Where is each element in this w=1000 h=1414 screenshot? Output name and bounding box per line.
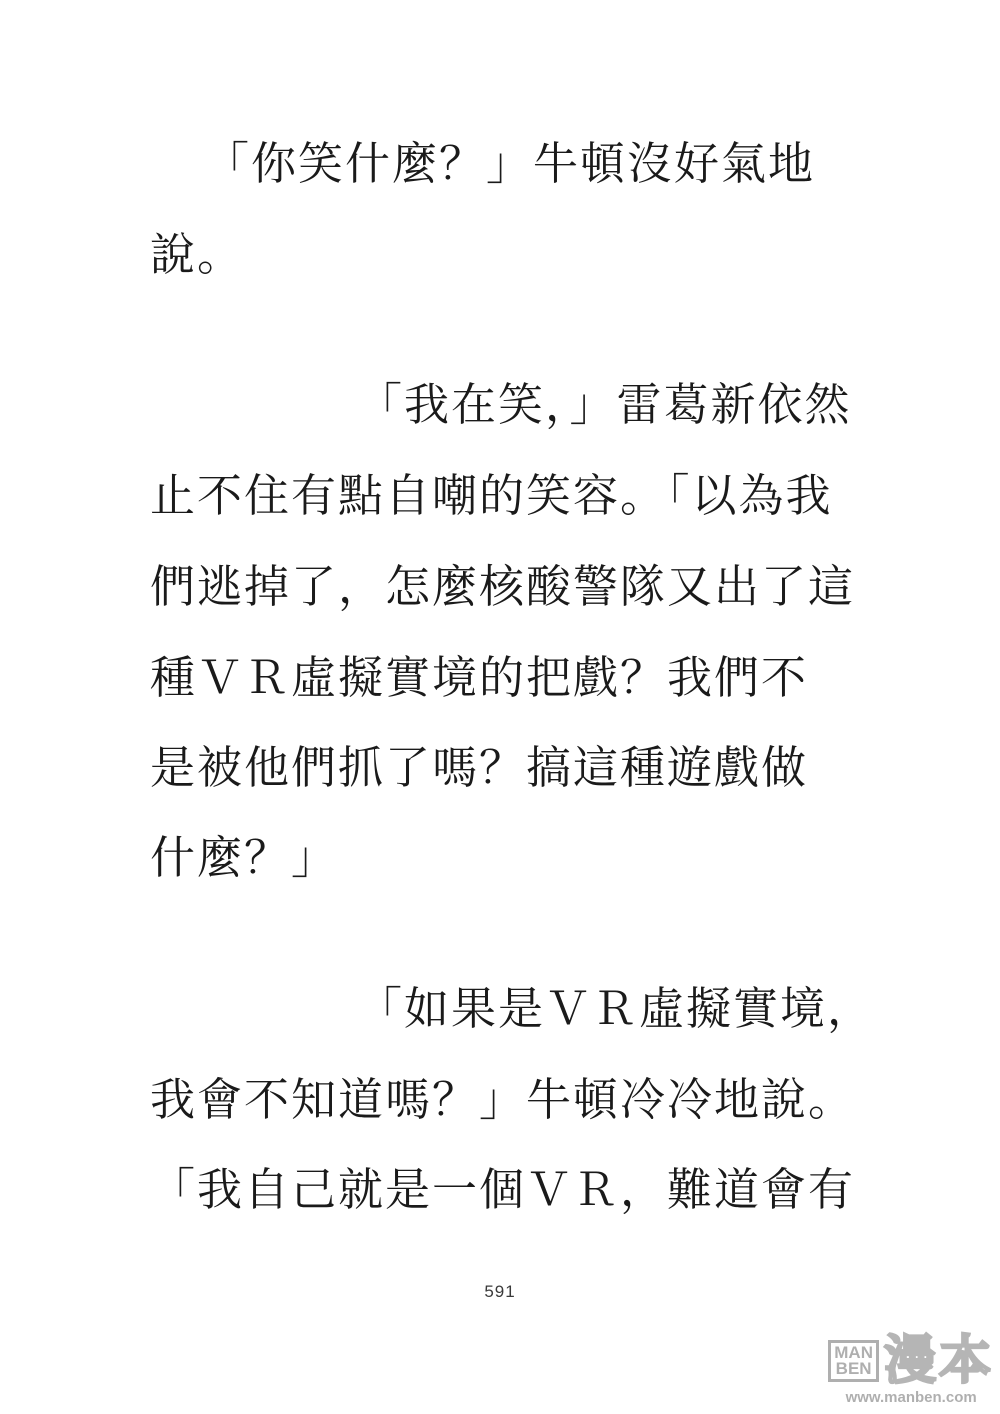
manben-logo-box-icon: MAN BEN — [828, 1340, 879, 1382]
manben-logo-row: MAN BEN 漫本 — [828, 1335, 994, 1387]
text-line: 們逃掉了，怎麼核酸警隊又出了這 — [150, 561, 855, 613]
text-line: 「你笑什麼？」牛頓沒好氣地 — [204, 138, 815, 190]
manben-logo-text: 漫本 — [884, 1335, 994, 1387]
novel-page: 「你笑什麼？」牛頓沒好氣地 說。 「我在笑，」雷葛新依然 止不住有點自嘲的笑容。… — [0, 0, 1000, 1414]
text-line: 我會不知道嗎？」牛頓冷冷地說。 — [150, 1074, 855, 1126]
text-line: 種ＶＲ虛擬實境的把戲？我們不 — [150, 652, 808, 704]
manben-logo-box-line2: BEN — [834, 1361, 873, 1377]
text-line: 什麼？」 — [150, 832, 338, 884]
manben-url: www.manben.com — [828, 1389, 994, 1406]
text-line: 「我在笑，」雷葛新依然 — [357, 379, 852, 431]
text-line: 「我自己就是一個ＶＲ，難道會有 — [150, 1164, 855, 1216]
page-number: 591 — [0, 1282, 1000, 1302]
text-line: 「如果是ＶＲ虛擬實境， — [357, 983, 874, 1035]
text-line: 說。 — [150, 229, 244, 281]
manben-watermark: MAN BEN 漫本 www.manben.com — [828, 1335, 994, 1406]
text-line: 止不住有點自嘲的笑容。「以為我 — [150, 470, 833, 522]
text-line: 是被他們抓了嗎？搞這種遊戲做 — [150, 742, 808, 794]
